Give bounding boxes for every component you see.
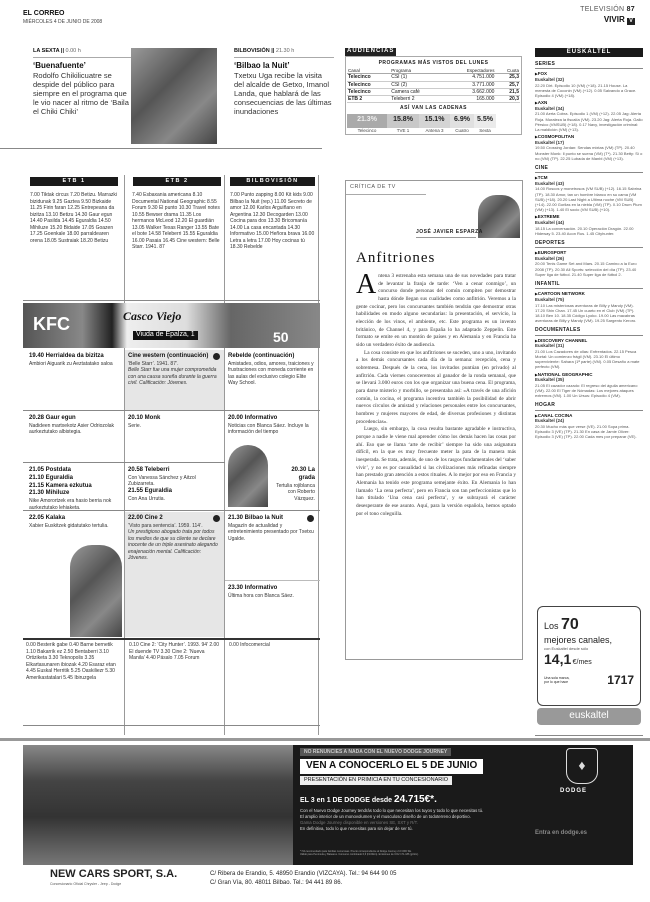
- highlight-title: ‘Bilbao la Nuit’: [234, 61, 334, 71]
- sidebar-header: EUSKALTEL: [535, 48, 643, 57]
- ad-price: 24.715€*.: [394, 794, 437, 805]
- cell-channel: Telecinco: [347, 81, 390, 88]
- ad-address: Viuda de Epalza, 1: [133, 331, 198, 340]
- divider: [225, 580, 320, 581]
- author-photo: [478, 195, 520, 238]
- euskaltel-promo-ad[interactable]: Los 70 mejores canales, con Euskaltel de…: [537, 598, 641, 728]
- highlight-channel: LA SEXTA: [33, 48, 59, 54]
- bar-label: TVE 1: [387, 128, 419, 134]
- program-cell: 19.40 Herrialdea da bizitza Ambiori Aigu…: [26, 350, 124, 410]
- program-synopsis: Un prestigioso abogado trata por todos l…: [128, 529, 221, 562]
- cell-viewers: 3.662.000: [444, 88, 496, 95]
- dealer-name: NEW CARS SPORT, S.A.: [50, 868, 177, 882]
- highlight-photo-chikilicuatre: [131, 48, 217, 144]
- divider: [23, 725, 320, 726]
- category-hogar: HOGAR: [535, 402, 643, 410]
- program-title: 20.28 Gaur egun: [29, 415, 121, 423]
- schedule-morning-etb2: 7.40 Esbaxania americana 8.10 Documental…: [132, 192, 222, 251]
- schedule-late-etb1: 0.00 Besterik gabe 0.40 Barne bernetik 1…: [26, 642, 122, 681]
- highlight-bilbovision: BILBOVISIÓN || 21.30 h ‘Bilbao la Nuit’ …: [234, 48, 334, 117]
- dealer-address: C/ Gran Vía, 80. 48011 Bilbao. Tel.: 94 …: [210, 879, 396, 888]
- article-body: Antena 3 estrenaba esta semana una de su…: [356, 273, 516, 519]
- presenter-photo: [228, 445, 268, 507]
- subsection-name: VIVIR: [604, 15, 625, 24]
- cell-viewers: 4.751.000: [444, 74, 496, 81]
- dealer-addresses: C/ Ribera de Erandio, 5. 48950 Erandio (…: [210, 870, 396, 888]
- drop-cap: A: [356, 273, 376, 297]
- table-row: TelecincoCSI (1)4.751.00025,3: [347, 74, 520, 81]
- cell-share: 25,7: [495, 81, 520, 88]
- promo-text: Los: [544, 621, 559, 631]
- share-bars: 21.3% 15.8% 15.1% 6.9% 5.5%: [347, 114, 520, 128]
- program-desc: Amistades, odios, amores, traiciones y f…: [228, 361, 315, 387]
- page-number: 87: [627, 6, 635, 13]
- ad-price-line: EL 3 en 1 DE DODGE desde: [300, 797, 392, 804]
- program-desc: Serie.: [128, 423, 221, 430]
- program-desc: Tertulia rojiblanca con Roberto Vázquez.: [275, 483, 315, 503]
- promo-unit: €/mes: [573, 659, 592, 666]
- program-title: 22.00 Cine 2: [128, 515, 221, 523]
- bar-label: Cuatro: [450, 128, 474, 134]
- divider: [416, 237, 476, 238]
- promo-text: mejores canales,: [544, 635, 634, 646]
- divider: [23, 638, 320, 640]
- cell-channel: ETB 2: [347, 96, 390, 103]
- kfc-logo: KFC: [33, 313, 70, 336]
- bar-label: Telecinco: [347, 128, 387, 134]
- program-cell: 20.58 Teleberri Con Vanessa Sánchez y Ai…: [125, 464, 224, 510]
- channel-listing: 20.00 Tenis Game Set and Mars. 20.15 Cam…: [535, 261, 643, 277]
- program-cell: 23.30 Informativo Última hora con Blanca…: [225, 582, 318, 622]
- ad-body: Con el Nuevo Dodge Journey tendrás todo …: [300, 808, 610, 832]
- euskaltel-listings: EUSKALTEL SERIES FOX Euskaltel (32) 22.2…: [535, 48, 643, 439]
- program-title: 20.58 Teleberri: [128, 467, 221, 475]
- page-header-right: TELEVISIÓN 87 VIVIR V: [580, 6, 635, 25]
- section-name: TELEVISIÓN: [580, 6, 624, 13]
- channel-listing: 21.00 Los Cazadores de ollas: Enfrentado…: [535, 349, 643, 370]
- promo-price: 14,1: [544, 651, 571, 667]
- table-row: TelecincoCamera café3.662.00021,5: [347, 88, 520, 95]
- critique-label: CRÍTICA DE TV: [346, 181, 426, 195]
- category-deportes: DEPORTES: [535, 240, 643, 248]
- paragraph: La cosa consiste en que los anfitriones …: [356, 350, 516, 427]
- column-divider: [318, 175, 319, 735]
- program-cell: 20.00 Informativo Noticias con Blanca Sá…: [225, 412, 318, 442]
- channel-listing: 14.00 Roscos y monetrosos (VM SUB) (+12)…: [535, 186, 643, 212]
- cell-share: 20,3: [495, 96, 520, 103]
- schedule-late-etb2: 0.10 Cine 2: ‘City Hunter’. 1993. 94’ 2.…: [129, 642, 221, 662]
- share-bar-labels: Telecinco TVE 1 Antena 3 Cuatro Sexta: [347, 128, 520, 134]
- program-title: 20.30 La grada: [275, 467, 315, 483]
- program-title: Cine western (continuación): [128, 353, 221, 361]
- program-synopsis: Belle Starr fue una mujer comprometida c…: [128, 367, 221, 387]
- promo-number: 70: [561, 616, 579, 633]
- program-desc: Con Vanessa Sánchez y Aitzol Zubizarreta…: [128, 475, 221, 488]
- divider: [23, 410, 320, 411]
- program-cell: 20.28 Gaur egun Nadideen martxekotz Asie…: [26, 412, 124, 462]
- audiences-label: AUDIENCIAS: [345, 48, 396, 56]
- channel-header-bilbovision: BILBOVISIÓN: [230, 177, 315, 186]
- schedule-morning-bilbovision: 7.00 Punto zapping 8.00 Kit kids 9.00 Bi…: [230, 192, 316, 251]
- program-cell: 21.05 Postdata 21.10 Eguraldia 21.15 Kam…: [26, 464, 124, 510]
- highlight-channel: BILBOVISIÓN: [234, 48, 270, 54]
- paragraph: ntena 3 estrenaba esta semana una de sus…: [356, 273, 516, 348]
- divider: [23, 462, 225, 463]
- program-cell: 20.30 La grada Tertulia rojiblanca con R…: [272, 464, 318, 510]
- category-infantil: INFANTIL: [535, 281, 643, 289]
- cell-share: 25,3: [495, 74, 520, 81]
- table-row: ETB 2Teleberri 2165.00020,3: [347, 96, 520, 103]
- highlight-time: 21.30 h: [276, 48, 294, 54]
- bar-label: Sexta: [474, 128, 496, 134]
- divider: [0, 738, 650, 741]
- divider: [0, 148, 322, 149]
- cell-program: CSI (1): [390, 74, 444, 81]
- column-divider: [224, 175, 225, 735]
- program-title: 19.40 Herrialdea da bizitza: [29, 353, 121, 361]
- recommended-icon: [213, 353, 220, 360]
- channel-listing: 22.20 Dirt. Episodio 10 (VM) (+18). 21.1…: [535, 83, 643, 99]
- presenter-photo: [70, 545, 122, 637]
- cell-channel: Telecinco: [347, 74, 390, 81]
- subsection-badge: V: [627, 18, 635, 26]
- program-desc: Noticias con Blanca Sáez. Incluye la inf…: [228, 423, 315, 436]
- publication-date: MIÉRCOLES 4 DE JUNIO DE 2008: [23, 19, 102, 25]
- kfc-ad-banner[interactable]: KFC Casco Viejo Viuda de Epalza, 1 50: [23, 303, 320, 348]
- dealer-address: C/ Ribera de Erandio, 5. 48950 Erandio (…: [210, 870, 396, 879]
- ad-url-link[interactable]: Entra en dodge.es: [535, 830, 587, 838]
- audiences-box: AUDIENCIAS PROGRAMAS MÁS VISTOS DEL LUNE…: [345, 48, 522, 135]
- article-title: Anfitriones: [356, 249, 435, 268]
- bar-sexta: 5.5%: [474, 114, 496, 128]
- program-title: 20.00 Informativo: [228, 415, 315, 423]
- channel-listing: 19.50 Crossing Jordan: Sendas mixtas (VM…: [535, 145, 643, 161]
- program-title: 21.55 Eguraldia: [128, 488, 221, 496]
- program-title: 20.10 Monk: [128, 415, 221, 423]
- channel-listing: 20.30 Mucho más que verse (VE). 21.00 So…: [535, 424, 643, 440]
- audiences-subtitle: ASÍ VAN LAS CADENAS: [347, 105, 520, 111]
- ad-text: Válido para Península y Baleares. Consum…: [300, 853, 600, 856]
- divider: [23, 510, 320, 511]
- category-documentales: DOCUMENTALES: [535, 327, 643, 335]
- channel-listing: 21.05 El cazador cazado: El regreso del …: [535, 383, 643, 399]
- program-desc: Con Ana Urrutia.: [128, 496, 221, 503]
- program-desc: Última hora con Blanca Sáez.: [228, 593, 315, 600]
- channel-listing: 17.10 Las misteriosas aventuras de Billy…: [535, 303, 643, 324]
- recommended-icon: [307, 515, 314, 522]
- ad-fine-print: * IVA recomendado para familias numerosa…: [300, 850, 600, 856]
- recommended-icon: [213, 515, 220, 522]
- highlight-body: Rodolfo Chikilicuatre se despide del púb…: [33, 71, 133, 117]
- cell-program: Teleberri 2: [390, 96, 444, 103]
- highlight-title: ‘Buenafuente’: [33, 61, 133, 71]
- audiences-table: CanalProgramaEspectadoresCuota Telecinco…: [347, 68, 520, 104]
- highlight-time: 0.00 h: [66, 48, 81, 54]
- cell-viewers: 165.000: [444, 96, 496, 103]
- program-title: 23.30 Informativo: [228, 585, 315, 593]
- cell-share: 21,5: [495, 88, 520, 95]
- channel-header-etb1: ETB 1: [30, 177, 118, 186]
- program-cell: 20.10 Monk Serie.: [125, 412, 224, 462]
- promo-text: Una sola marca, por lo que hace: [544, 676, 574, 685]
- paragraph: Luego, sin embargo, la cosa resulta bast…: [356, 426, 516, 518]
- program-title: 21.05 Postdata 21.10 Eguraldia 21.15 Kam…: [29, 467, 121, 498]
- divider: [23, 300, 320, 301]
- divider: [535, 735, 643, 736]
- channel-listing: 18.15 La conversación. 20.10 Operación D…: [535, 226, 643, 236]
- cell-program: CSI (2): [390, 81, 444, 88]
- program-desc: Ambiori Aiguarik zu Aeztatatako saloa: [29, 361, 121, 368]
- program-desc: Nadideen martxekotz Asier Odriozolak aur…: [29, 423, 121, 436]
- category-series: SERIES: [535, 61, 643, 69]
- category-cine: CINE: [535, 165, 643, 173]
- cell-channel: Telecinco: [347, 88, 390, 95]
- program-cell: 21.30 Bilbao la Nuit Magazín de actualid…: [225, 512, 318, 562]
- bar-antena3: 15.1%: [419, 114, 450, 128]
- dodge-car-image: [23, 745, 293, 865]
- publication-name: EL CORREO: [23, 10, 102, 19]
- program-desc: Xabier Euskitzek gidatutako tertulia.: [29, 523, 121, 530]
- dealer-subtitle: Concesionario Oficial Chrysler - Jeep - …: [50, 882, 177, 886]
- ad-kicker: NO RENUNCIES A NADA CON EL NUEVO DODGE J…: [300, 748, 451, 756]
- ad-headline: VEN A CONOCERLO EL 5 DE JUNIO: [300, 759, 483, 774]
- page-header-left: EL CORREO MIÉRCOLES 4 DE JUNIO DE 2008: [23, 10, 102, 25]
- bar-tve1: 15.8%: [387, 114, 419, 128]
- ad-subheadline: PRESENTACIÓN EN PRIMICIA EN TU CONCESION…: [300, 776, 452, 785]
- program-cell-highlight: 22.00 Cine 2 ‘Visto para sentencia’. 195…: [125, 512, 224, 637]
- bar-telecinco: 21.3%: [347, 114, 387, 128]
- dodge-brand: DODGE: [560, 788, 587, 796]
- program-title: Rebelde (continuación): [228, 353, 315, 361]
- schedule-morning-etb1: 7.00 Tiktak circus 7.20 Betizu. Marrazki…: [30, 192, 120, 244]
- channel-listing: 21.00 Aerta Cobra. Episodio 1 (VM) (+12)…: [535, 111, 643, 132]
- bar-label: Antena 3: [419, 128, 450, 134]
- program-desc: Magazín de actualidad y entretenimiento …: [228, 523, 315, 543]
- ad-badge: 50: [273, 329, 289, 347]
- program-cell: Rebelde (continuación) Amistades, odios,…: [225, 350, 318, 410]
- highlight-lasexta: LA SEXTA || 0.00 h ‘Buenafuente’ Rodolfo…: [33, 48, 133, 117]
- audiences-title: PROGRAMAS MÁS VISTOS DEL LUNES: [347, 60, 520, 66]
- cell-viewers: 3.771.000: [444, 81, 496, 88]
- table-row: TelecincoCSI (2)3.771.00025,7: [347, 81, 520, 88]
- dealer-info: NEW CARS SPORT, S.A. Concesionario Ofici…: [50, 868, 177, 886]
- bar-cuatro: 6.9%: [450, 114, 474, 128]
- author-name: JOSÉ JAVIER ESPARZA: [416, 229, 483, 235]
- cell-program: Camera café: [390, 88, 444, 95]
- promo-phone: 1717: [607, 673, 634, 688]
- euskaltel-logo: euskaltel: [537, 708, 641, 725]
- dodge-ram-logo-icon: ♦: [566, 748, 598, 784]
- schedule-late-bilbovision: 0.00 Infocomercial: [229, 642, 317, 649]
- program-cell-highlight: Cine western (continuación) ‘Belle Starr…: [125, 350, 224, 410]
- program-title: 22.05 Kalaka: [29, 515, 121, 523]
- highlight-body: Txetxu Uga recibe la visita del alcalde …: [234, 71, 334, 117]
- program-title: 21.30 Bilbao la Nuit: [228, 515, 315, 523]
- tv-critique-column: CRÍTICA DE TV JOSÉ JAVIER ESPARZA Anfitr…: [345, 180, 523, 660]
- channel-header-etb2: ETB 2: [133, 177, 221, 186]
- ad-title: Casco Viejo: [123, 309, 181, 324]
